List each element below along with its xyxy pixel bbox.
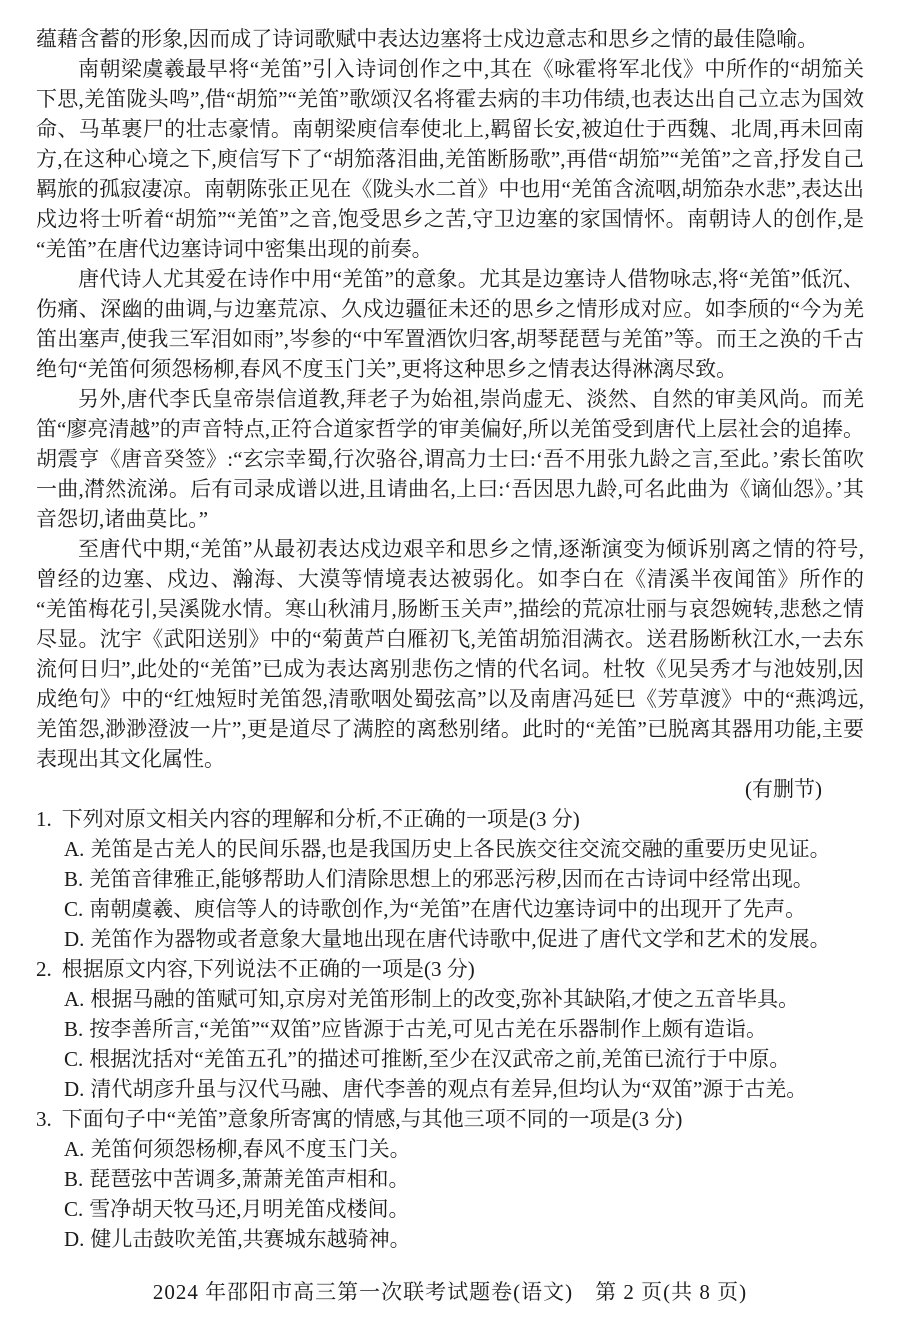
passage-paragraph: 南朝梁虞羲最早将“羌笛”引入诗词创作之中,其在《咏霍将军北伐》中所作的“胡笳关下…: [36, 54, 864, 264]
option-label: B.: [64, 1014, 83, 1044]
question-number: 3.: [36, 1104, 52, 1134]
passage: 蕴藉含蓄的形象,因而成了诗词歌赋中表达边塞将士戍边意志和思乡之情的最佳隐喻。 南…: [0, 0, 900, 1254]
question-1: 1. 下列对原文相关内容的理解和分析,不正确的一项是(3 分) A. 羌笛是古羌…: [36, 804, 864, 954]
option-text: 羌笛是古羌人的民间乐器,也是我国历史上各民族交往交流交融的重要历史见证。: [90, 834, 864, 864]
option-text: 按李善所言,“羌笛”“双笛”应皆源于古羌,可见古羌在乐器制作上颇有造诣。: [89, 1014, 864, 1044]
option-label: D.: [64, 1224, 84, 1254]
option-row: D. 羌笛作为器物或者意象大量地出现在唐代诗歌中,促进了唐代文学和艺术的发展。: [64, 924, 864, 954]
exam-page: 蕴藉含蓄的形象,因而成了诗词歌赋中表达边塞将士戍边意志和思乡之情的最佳隐喻。 南…: [0, 0, 900, 1330]
passage-paragraph: 至唐代中期,“羌笛”从最初表达戍边艰辛和思乡之情,逐渐演变为倾诉别离之情的符号,…: [36, 534, 864, 774]
question-stem: 根据原文内容,下列说法不正确的一项是(3 分): [62, 954, 864, 984]
question-stem: 下列对原文相关内容的理解和分析,不正确的一项是(3 分): [62, 804, 864, 834]
attribution-note: (有删节): [36, 774, 864, 804]
option-label: A.: [64, 1134, 84, 1164]
option-label: D.: [64, 924, 84, 954]
option-row: D. 清代胡彦升虽与汉代马融、唐代李善的观点有差异,但均认为“双笛”源于古羌。: [64, 1074, 864, 1104]
passage-paragraph-continuation: 蕴藉含蓄的形象,因而成了诗词歌赋中表达边塞将士戍边意志和思乡之情的最佳隐喻。: [36, 24, 864, 54]
option-label: C.: [64, 1044, 83, 1074]
option-text: 根据沈括对“羌笛五孔”的描述可推断,至少在汉武帝之前,羌笛已流行于中原。: [89, 1044, 864, 1074]
option-row: A. 羌笛是古羌人的民间乐器,也是我国历史上各民族交往交流交融的重要历史见证。: [64, 834, 864, 864]
option-text: 根据马融的笛赋可知,京房对羌笛形制上的改变,弥补其缺陷,才使之五音毕具。: [90, 984, 864, 1014]
option-label: D.: [64, 1074, 84, 1104]
question-number: 2.: [36, 954, 52, 984]
option-label: A.: [64, 984, 84, 1014]
option-row: A. 根据马融的笛赋可知,京房对羌笛形制上的改变,弥补其缺陷,才使之五音毕具。: [64, 984, 864, 1014]
question-3-options: A. 羌笛何须怨杨柳,春风不度玉门关。 B. 琵琶弦中苦调多,萧萧羌笛声相和。 …: [36, 1134, 864, 1254]
passage-paragraph: 唐代诗人尤其爱在诗作中用“羌笛”的意象。尤其是边塞诗人借物咏志,将“羌笛”低沉、…: [36, 264, 864, 384]
option-row: D. 健儿击鼓吹羌笛,共赛城东越骑神。: [64, 1224, 864, 1254]
option-row: C. 南朝虞羲、庾信等人的诗歌创作,为“羌笛”在唐代边塞诗词中的出现开了先声。: [64, 894, 864, 924]
option-text: 雪净胡天牧马还,月明羌笛戍楼间。: [89, 1194, 864, 1224]
option-text: 羌笛何须怨杨柳,春风不度玉门关。: [90, 1134, 864, 1164]
question-2: 2. 根据原文内容,下列说法不正确的一项是(3 分) A. 根据马融的笛赋可知,…: [36, 954, 864, 1104]
question-number: 1.: [36, 804, 52, 834]
option-row: A. 羌笛何须怨杨柳,春风不度玉门关。: [64, 1134, 864, 1164]
option-row: C. 根据沈括对“羌笛五孔”的描述可推断,至少在汉武帝之前,羌笛已流行于中原。: [64, 1044, 864, 1074]
option-label: B.: [64, 864, 83, 894]
option-text: 南朝虞羲、庾信等人的诗歌创作,为“羌笛”在唐代边塞诗词中的出现开了先声。: [89, 894, 864, 924]
option-row: B. 按李善所言,“羌笛”“双笛”应皆源于古羌,可见古羌在乐器制作上颇有造诣。: [64, 1014, 864, 1044]
question-3: 3. 下面句子中“羌笛”意象所寄寓的情感,与其他三项不同的一项是(3 分) A.…: [36, 1104, 864, 1254]
page-footer: 2024 年邵阳市高三第一次联考试题卷(语文) 第 2 页(共 8 页): [0, 1276, 900, 1306]
option-row: B. 琵琶弦中苦调多,萧萧羌笛声相和。: [64, 1164, 864, 1194]
question-stem: 下面句子中“羌笛”意象所寄寓的情感,与其他三项不同的一项是(3 分): [62, 1104, 864, 1134]
option-text: 羌笛音律雅正,能够帮助人们清除思想上的邪恶污秽,因而在古诗词中经常出现。: [89, 864, 864, 894]
option-label: B.: [64, 1164, 83, 1194]
option-text: 健儿击鼓吹羌笛,共赛城东越骑神。: [90, 1224, 864, 1254]
option-row: B. 羌笛音律雅正,能够帮助人们清除思想上的邪恶污秽,因而在古诗词中经常出现。: [64, 864, 864, 894]
question-1-options: A. 羌笛是古羌人的民间乐器,也是我国历史上各民族交往交流交融的重要历史见证。 …: [36, 834, 864, 954]
passage-paragraph: 另外,唐代李氏皇帝崇信道教,拜老子为始祖,崇尚虚无、淡然、自然的审美风尚。而羌笛…: [36, 384, 864, 534]
option-text: 羌笛作为器物或者意象大量地出现在唐代诗歌中,促进了唐代文学和艺术的发展。: [90, 924, 864, 954]
option-label: C.: [64, 894, 83, 924]
option-label: A.: [64, 834, 84, 864]
option-text: 琵琶弦中苦调多,萧萧羌笛声相和。: [89, 1164, 864, 1194]
option-row: C. 雪净胡天牧马还,月明羌笛戍楼间。: [64, 1194, 864, 1224]
question-2-options: A. 根据马融的笛赋可知,京房对羌笛形制上的改变,弥补其缺陷,才使之五音毕具。 …: [36, 984, 864, 1104]
option-label: C.: [64, 1194, 83, 1224]
option-text: 清代胡彦升虽与汉代马融、唐代李善的观点有差异,但均认为“双笛”源于古羌。: [90, 1074, 864, 1104]
